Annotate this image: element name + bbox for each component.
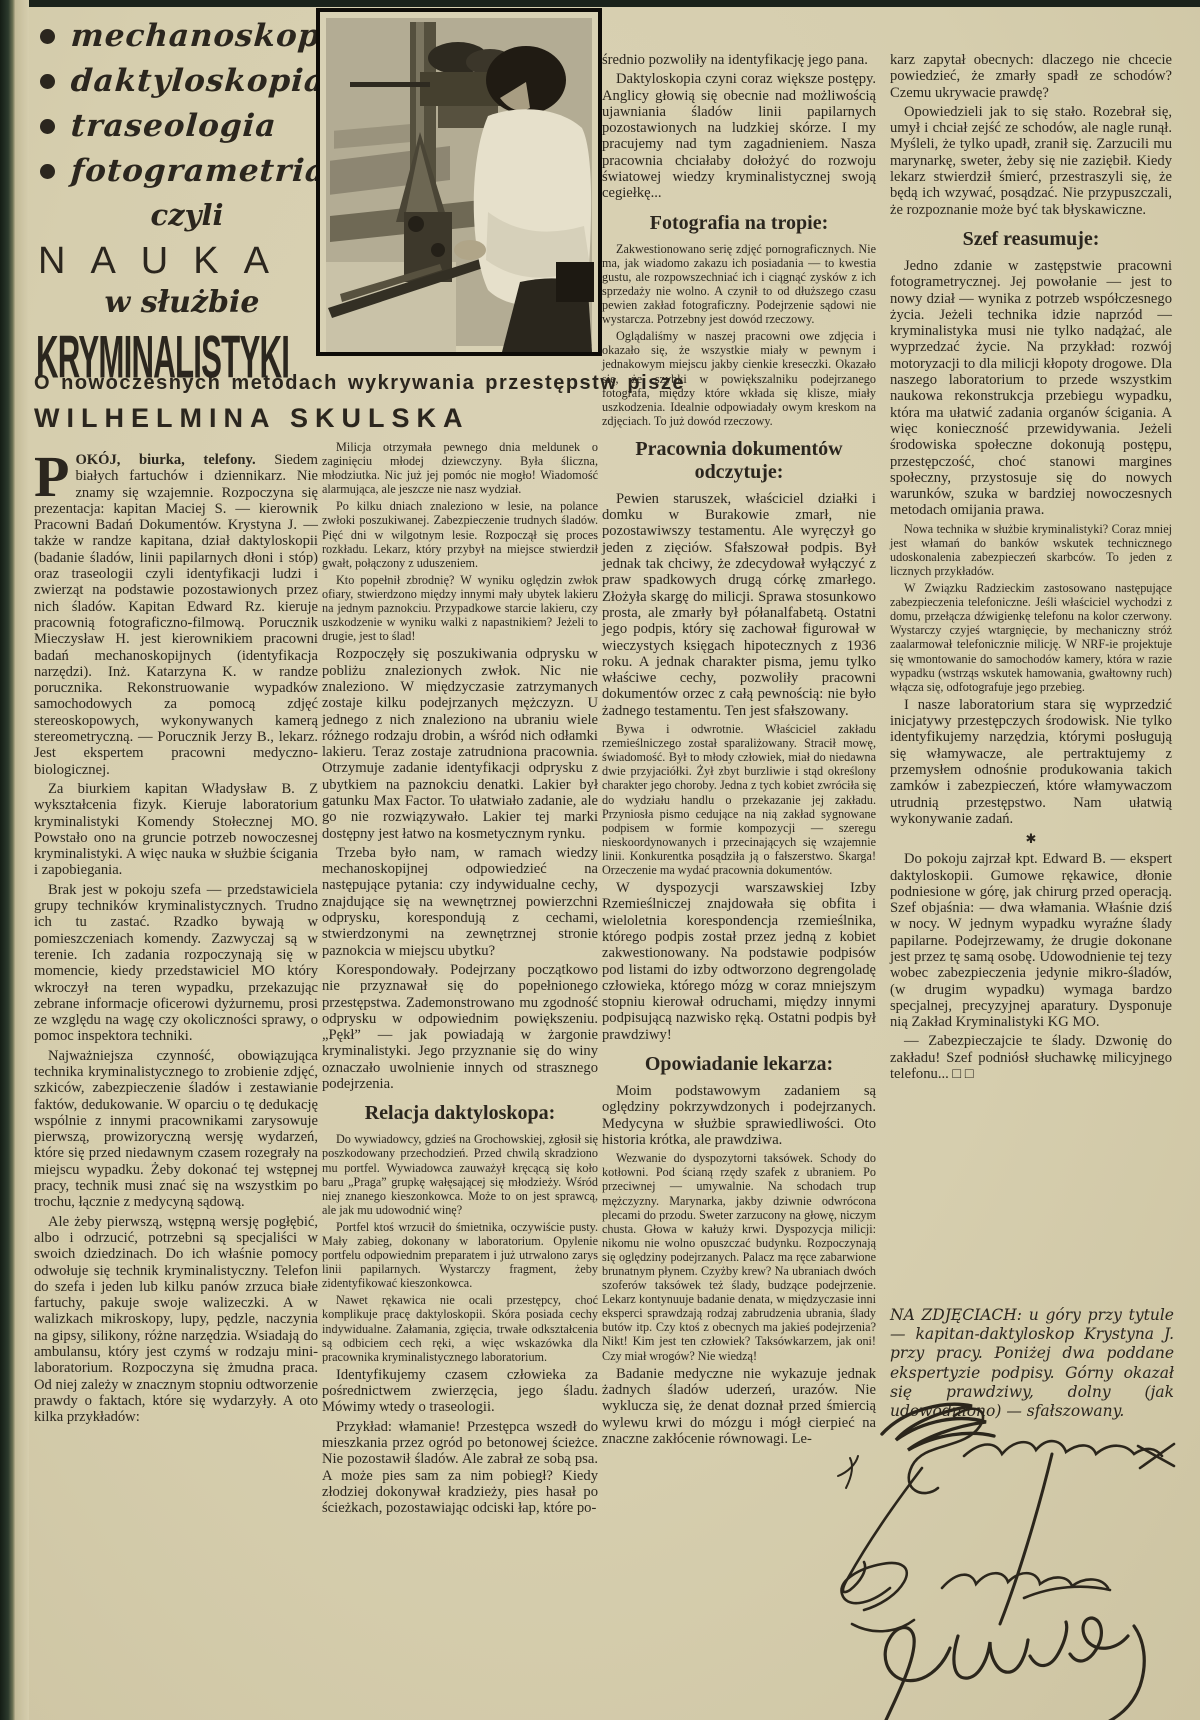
paragraph: — Zabezpieczajcie te ślady. Dzwonię do z… [890,1033,1172,1082]
paragraph: Do wywiadowcy, gdzieś na Grochowskiej, z… [322,1132,598,1217]
paragraph: Przykład: włamanie! Przestępca wszedł do… [322,1419,598,1517]
section-heading: Opowiadanie lekarza: [610,1053,868,1076]
article-photo [316,8,602,356]
paragraph: Moim podstawowym zadaniem są oględziny p… [602,1083,876,1148]
drop-cap: P [34,452,75,500]
paragraph: W dyspozycji warszawskiej Izby Rzemieśln… [602,880,876,1043]
masthead-subtitle: w służbie [36,285,328,320]
scan-edge-left-shade [15,0,29,1720]
bullet-icon [40,164,55,179]
masthead-term: traseologia [70,108,278,144]
masthead-bullet-row: daktyloskopia [36,63,328,99]
text-column-3: średnio pozwoliły na identyfikację jego … [602,52,876,1450]
paragraph: Ale żeby pierwszą, wstępną wersję pogłęb… [34,1214,318,1426]
paragraph: Milicja otrzymała pewnego dnia meldunek … [322,440,598,496]
magazine-page: mechanoskopia daktyloskopia traseologia … [0,0,1200,1720]
paragraph: Bywa i odwrotnie. Właściciel zakładu rze… [602,722,876,877]
scan-edge-top [0,0,1200,7]
paragraph: Po kilku dniach znaleziono w lesie, na p… [322,499,598,569]
section-heading: Pracownia dokumentów odczytuje: [610,438,868,484]
paragraph: Wezwanie do dyspozytorni taksówek. Schod… [602,1151,876,1362]
section-heading: Szef reasumuje: [898,228,1164,251]
paragraph: Najważniejsza czynność, obowiązująca tec… [34,1048,318,1211]
scan-edge-left [0,0,15,1720]
masthead-term: mechanoskopia [70,18,356,54]
paragraph: Nawet rękawica nie ocali przestępcy, cho… [322,1293,598,1363]
paragraph: Oglądaliśmy w naszej pracowni owe zdjęci… [602,329,876,428]
paragraph: Rozpoczęły się poszukiwania odprysku w p… [322,646,598,842]
paragraph: Korespondowały. Podejrzany początkowo ni… [322,962,598,1092]
paragraph: karz zapytał obecnych: dlaczego nie chce… [890,52,1172,101]
masthead-title-nauka: NAUKA [38,240,328,283]
masthead-bullet-row: mechanoskopia [36,18,328,54]
text-column-1: POKÓJ, biurka, telefony. Siedem białych … [34,452,318,1429]
text-column-2: Milicja otrzymała pewnego dnia meldunek … [322,440,598,1520]
masthead-bullet-row: fotogrametria [36,153,328,189]
bullet-icon [40,74,55,89]
paragraph: Trzeba było nam, w ramach wiedzy mechano… [322,845,598,959]
photo-illustration [320,12,598,352]
signature-specimens [786,1388,1186,1720]
paragraph: Daktyloskopia czyni coraz większe postęp… [602,71,876,201]
section-heading: Fotografia na tropie: [610,212,868,235]
paragraph: Pewien staruszek, właściciel działki i d… [602,491,876,719]
paragraph: Portfel ktoś wrzucił do śmietnika, oczyw… [322,1220,598,1290]
masthead: mechanoskopia daktyloskopia traseologia … [36,16,328,381]
masthead-term: daktyloskopia [70,63,327,99]
article-kicker: O nowoczesnych metodach wykrywania przes… [34,372,614,395]
paragraph: I nasze laboratorium stara się wyprzedzi… [890,697,1172,827]
paragraph: Nowa technika w służbie kryminalistyki? … [890,522,1172,578]
paragraph: Opowiedzieli jak to się stało. Rozebrał … [890,104,1172,218]
paragraph: Identyfikujemy czasem człowieka za pośre… [322,1367,598,1416]
text-column-4: karz zapytał obecnych: dlaczego nie chce… [890,52,1172,1085]
paragraph: Brak jest w pokoju szefa — przedstawicie… [34,882,318,1045]
section-heading: Relacja daktyloskopa: [330,1102,590,1125]
paragraph: Do pokoju zajrzał kpt. Edward B. — ekspe… [890,851,1172,1030]
paragraph: Zakwestionowano serię zdjęć pornograficz… [602,242,876,327]
paragraph: średnio pozwoliły na identyfikację jego … [602,52,876,68]
bullet-icon [40,29,55,44]
signature-strokes [786,1388,1186,1720]
bullet-icon [40,119,55,134]
paragraph: POKÓJ, biurka, telefony. Siedem białych … [34,452,318,778]
paragraph: Kto popełnił zbrodnię? W wyniku oględzin… [322,573,598,643]
paragraph: Za biurkiem kapitan Władysław B. Z wyksz… [34,781,318,879]
paragraph-lead: OKÓJ, biurka, telefony. [75,452,274,468]
paragraph: W Związku Radzieckim zastosowano następu… [890,581,1172,694]
article-author: WILHELMINA SKULSKA [34,403,614,434]
masthead-term: fotogrametria [70,153,328,189]
paragraph: Jedno zdanie w zastępstwie pracowni foto… [890,258,1172,519]
masthead-connector: czyli [46,198,328,232]
masthead-bullet-row: traseologia [36,108,328,144]
star-divider-icon: ✱ [890,831,1172,847]
